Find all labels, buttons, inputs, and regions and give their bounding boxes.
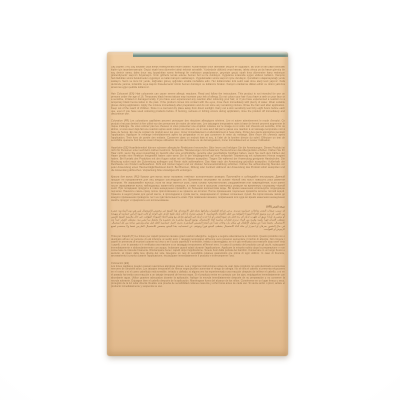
paragraph-italian: Tinta per Capelli (IT) Le tinture per ca… bbox=[111, 235, 285, 258]
paragraph-french-text: Les colorations capillaires peuvent prov… bbox=[111, 120, 285, 143]
paragraph-russian-text: Краски для волос могут вызывать тяжёлые … bbox=[111, 176, 285, 201]
paragraph-russian: Краска для волос (RU) Краски для волос м… bbox=[111, 176, 285, 202]
paragraph-german: Haarfarbe (DE) Haarfärbemittel können sc… bbox=[111, 146, 285, 172]
paragraph-turkish: Saç Boyası (TR) Saç boyaları ciddi alerj… bbox=[111, 66, 285, 89]
product-box-back-panel: Saç Boyası (TR) Saç boyaları ciddi alerj… bbox=[107, 52, 288, 356]
paragraph-english-text: Hair colourants can cause severe allergi… bbox=[111, 93, 285, 116]
paragraph-spanish: Coloración (ES)Los tintes capilares pued… bbox=[111, 262, 285, 288]
paragraph-german-text: Haarfärbemittel können schwere allergisc… bbox=[111, 146, 285, 171]
fine-print-area: Saç Boyası (TR) Saç boyaları ciddi alerj… bbox=[111, 66, 285, 348]
paragraph-french: Coloration (FR) Les colorations capillai… bbox=[111, 120, 285, 143]
paragraph-spanish-text: Los tintes capilares pueden causar reacc… bbox=[111, 265, 285, 288]
paragraph-italian-text: Le tinture per capelli possono causare g… bbox=[111, 235, 285, 258]
paragraph-turkish-text: Saç boyaları ciddi alerjik reaksiyonlara… bbox=[111, 66, 285, 89]
paragraph-arabic: صبغة الشعر (AR)قد تسبب صبغات الشعر تفاعل… bbox=[111, 206, 285, 231]
box-lid-edge-strip bbox=[133, 52, 288, 57]
product-photo: Saç Boyası (TR) Saç boyaları ciddi alerj… bbox=[0, 0, 400, 400]
paragraph-arabic-text: قد تسبب صبغات الشعر تفاعلات حساسية شديدة… bbox=[111, 210, 285, 231]
paragraph-english: Hair Colourant (EN) Hair colourants can … bbox=[111, 93, 285, 116]
fine-print-text-block: Saç Boyası (TR) Saç boyaları ciddi alerj… bbox=[111, 66, 285, 288]
paragraph-arabic-heading: صبغة الشعر (AR) bbox=[111, 206, 285, 209]
